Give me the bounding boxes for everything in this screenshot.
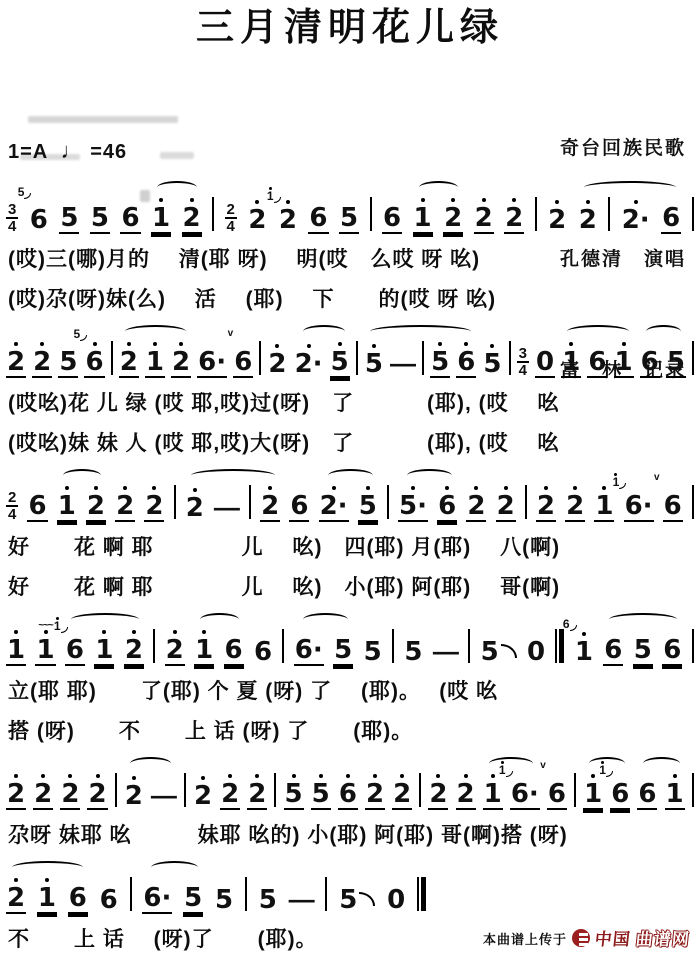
note: 6 [233, 332, 253, 378]
octave-dot [179, 342, 183, 346]
note: 2 [124, 620, 144, 666]
note: 5 [338, 870, 375, 914]
slur-arc [125, 325, 186, 338]
credit-singer: 孔德清 演唱 [560, 241, 686, 278]
slur-arc [157, 181, 197, 194]
octave-dot [132, 776, 136, 780]
octave-dot [634, 200, 638, 204]
key-signature: 1=A [8, 141, 48, 163]
note: 16 [610, 764, 630, 810]
note: 6 [99, 870, 119, 914]
slur-arc [191, 469, 275, 482]
octave-dot [127, 342, 131, 346]
barline [692, 197, 694, 231]
note: 1 [561, 332, 581, 378]
octave-dot [338, 342, 342, 346]
note: 5 [482, 334, 502, 378]
sheet-page: 三月清明花儿绿 奇台回族民歌 孔德清 演唱 富 林 记录 1=A ♩ =46 3… [0, 0, 700, 958]
octave-dot [255, 774, 259, 778]
note: 2 [6, 868, 26, 914]
octave-dot [602, 486, 606, 490]
note: 61 [574, 622, 594, 666]
note: 1v6· [624, 476, 654, 522]
time-signature: 34 [517, 347, 529, 378]
octave-dot [421, 198, 425, 202]
octave-dot [275, 344, 279, 348]
note: 6 [456, 332, 476, 378]
barline [249, 485, 251, 519]
octave-dot [123, 486, 127, 490]
note: 6 [120, 188, 140, 234]
grace-note: 1 [54, 617, 61, 632]
barline [692, 485, 694, 519]
note: 2 [247, 764, 267, 810]
credits-block: 奇台回族民歌 孔德清 演唱 富 林 记录 [560, 56, 686, 463]
octave-dot [153, 342, 157, 346]
lyric-line: 立(耶 耶) 了(耶) 个 夏 (呀) 了 (耶)。 (哎 吆 [0, 670, 700, 710]
note: 6 [603, 620, 623, 666]
barline [692, 341, 694, 375]
lyric-line: 搭 (呀) 不 上 话 (呀) 了 (耶)。 [0, 710, 700, 750]
note: 2 [392, 764, 412, 810]
barline [574, 773, 576, 807]
barline [259, 341, 261, 375]
octave-dot [159, 198, 163, 202]
note: 5 [430, 332, 450, 378]
note: 2 [86, 476, 106, 522]
falloff-mark [359, 892, 375, 906]
slur-arc [12, 861, 83, 874]
octave-dot [96, 774, 100, 778]
grace-note: 5 [18, 187, 25, 198]
note: 5 [480, 622, 517, 666]
note: 2· [621, 190, 651, 234]
slur-arc [646, 325, 681, 338]
octave-dot [40, 342, 44, 346]
barline [422, 341, 424, 375]
note: 5· [398, 476, 428, 522]
time-signature: 24 [225, 203, 237, 234]
duration-dash: — [390, 349, 416, 377]
time-signature: 34 [6, 203, 18, 234]
slur-arc [370, 325, 471, 338]
octave-dot [132, 630, 136, 634]
duration-dash: — [433, 637, 459, 665]
slur-arc [419, 181, 458, 194]
barline [282, 629, 284, 663]
octave-dot [255, 200, 259, 204]
note: 6 [27, 476, 47, 522]
barline [535, 197, 537, 231]
octave-dot [307, 344, 311, 348]
music-line: 345655612242126561222222·6 [0, 174, 700, 238]
note: 2 [32, 332, 52, 378]
octave-dot [268, 486, 272, 490]
note: 6 [437, 476, 457, 522]
octave-dot [228, 774, 232, 778]
barline [212, 197, 214, 231]
song-title: 三月清明花儿绿 [0, 6, 700, 50]
note: 2 [171, 332, 191, 378]
octave-dot [68, 774, 72, 778]
note: 6 [224, 620, 244, 666]
barline [111, 341, 113, 375]
note: 1 [94, 620, 114, 666]
octave-dot [445, 486, 449, 490]
note: 1 [6, 620, 26, 666]
note: 56 [84, 332, 104, 378]
system: 24612222—262·55·6222211v6·6好 花 啊 耶 儿 吆) … [0, 462, 700, 606]
scan-artifact [28, 116, 178, 123]
note: 2 [165, 620, 185, 666]
rest-note: 0 [535, 332, 555, 378]
barline [325, 877, 327, 911]
note: 5 [330, 332, 350, 378]
note: 6 [662, 620, 682, 666]
note: 6 [382, 188, 402, 234]
note: 1v6· [510, 764, 540, 810]
note: 2 [443, 188, 463, 234]
slur-arc [200, 613, 239, 626]
note: 6· [142, 868, 172, 914]
octave-dot [436, 774, 440, 778]
note: 2 [182, 188, 202, 234]
music-line: 24612222—262·55·6222211v6·6 [0, 462, 700, 526]
note: 2· [294, 334, 324, 378]
note: 2 [6, 332, 26, 378]
note: 2 [547, 190, 567, 234]
note: 5 [364, 334, 384, 378]
octave-dot [573, 486, 577, 490]
system: 22222—222556222211v6·611661尕呀 妹耶 吆 妹耶 吆的… [0, 750, 700, 854]
octave-dot [586, 200, 590, 204]
grace-note: 6 [563, 619, 570, 630]
key-and-tempo: 1=A ♩ =46 [8, 138, 127, 164]
barline [115, 773, 117, 807]
octave-dot [14, 878, 18, 882]
grace-note: 1 [613, 473, 620, 488]
octave-dot [504, 486, 508, 490]
octave-dot [411, 486, 415, 490]
note: 1 [194, 620, 214, 666]
note: 12 [278, 190, 298, 234]
octave-dot [201, 776, 205, 780]
note: 1 [57, 476, 77, 522]
octave-dot [102, 630, 106, 634]
octave-dot [464, 342, 468, 346]
slur-arc [567, 325, 629, 338]
header-row: 奇台回族民歌 孔德清 演唱 富 林 记录 1=A ♩ =46 [0, 50, 700, 166]
barline [245, 877, 247, 911]
note: 5 [666, 332, 686, 378]
octave-dot [372, 344, 376, 348]
upload-note: 本曲谱上传于 [483, 927, 567, 948]
credit-origin: 奇台回族民歌 [560, 130, 686, 167]
note: 5 [333, 620, 353, 666]
octave-dot [173, 630, 177, 634]
duration-dash: — [151, 781, 177, 809]
octave-dot [373, 774, 377, 778]
octave-dot [451, 198, 455, 202]
note: 2 [260, 476, 280, 522]
octave-dot [14, 342, 18, 346]
note: 6 [68, 868, 88, 914]
breath-mark: v [654, 472, 660, 483]
final-barline [417, 877, 426, 911]
octave-dot [94, 486, 98, 490]
music-line: 21666·555—50 [0, 854, 432, 918]
octave-dot [555, 200, 559, 204]
barline [392, 629, 394, 663]
quarter-note-icon: ♩ [61, 138, 84, 163]
octave-dot [286, 200, 290, 204]
octave-dot [622, 342, 626, 346]
note: 6 [547, 764, 567, 810]
lyric-line: 好 花 啊 耶 儿 吆) 小(耶) 阿(耶) 哥(啊) [0, 566, 700, 606]
tempo-value: =46 [90, 141, 127, 163]
site-name-bold: 中国 [594, 925, 633, 950]
note: 5 [90, 188, 110, 234]
octave-dot [544, 486, 548, 490]
note: 2 [267, 334, 287, 378]
note: 5 [403, 622, 423, 666]
note: 6 [637, 764, 657, 810]
octave-dot [193, 488, 197, 492]
octave-dot [346, 774, 350, 778]
octave-dot [41, 774, 45, 778]
slur-arc [407, 469, 452, 482]
barline [174, 485, 176, 519]
note: 2 [536, 476, 556, 522]
rest-note: 0 [526, 622, 546, 666]
note: 5 [183, 868, 203, 914]
barline [387, 485, 389, 519]
qupu-site-logo-icon [572, 929, 590, 947]
octave-dot [512, 198, 516, 202]
note: 2 [124, 766, 144, 810]
octave-dot [482, 198, 486, 202]
barline [525, 485, 527, 519]
note: 1 [413, 188, 433, 234]
note: 5 [363, 622, 383, 666]
barline [274, 773, 276, 807]
note: 6 [289, 476, 309, 522]
scan-artifact [160, 152, 194, 159]
barline [184, 773, 186, 807]
barline [468, 629, 470, 663]
slur-arc [303, 325, 345, 338]
slur-arc [71, 613, 139, 626]
note: 5 [214, 870, 234, 914]
slur-arc [130, 757, 171, 770]
barline [153, 629, 155, 663]
note: 2 [247, 190, 267, 234]
note: 1 [151, 188, 171, 234]
note: 2 [193, 766, 213, 810]
duration-dash: — [214, 493, 240, 521]
note: 6 [308, 188, 328, 234]
note: 1 [37, 868, 57, 914]
octave-dot [152, 486, 156, 490]
note: 5 [358, 476, 378, 522]
note: 2 [33, 764, 53, 810]
note: 1 [614, 332, 634, 378]
octave-dot [464, 774, 468, 778]
note: 2 [60, 764, 80, 810]
note: 2 [365, 764, 385, 810]
note: 2 [466, 476, 486, 522]
slur-arc [63, 469, 101, 482]
octave-dot [569, 342, 573, 346]
lyric-line: 好 花 啊 耶 儿 吆) 四(耶) 月(耶) 八(啊) [0, 526, 700, 566]
octave-dot [44, 630, 48, 634]
slur-arc [609, 613, 677, 626]
slur-arc [584, 181, 676, 194]
note: 6· [294, 620, 324, 666]
note: 5 [633, 620, 653, 666]
barline [130, 877, 132, 911]
note: 2 [428, 764, 448, 810]
note: 2 [496, 476, 516, 522]
breath-mark: v [540, 760, 546, 771]
note: 5 [284, 764, 304, 810]
slur-arc [303, 613, 348, 626]
octave-dot [591, 774, 595, 778]
octave-dot [438, 342, 442, 346]
note: 5 [258, 870, 278, 914]
slur-arc [643, 757, 680, 770]
note: 1 [594, 476, 614, 522]
note: 56 [29, 190, 49, 234]
octave-dot [582, 632, 586, 636]
falloff-mark [501, 644, 517, 658]
footer: 本曲谱上传于 中国 曲谱网 [483, 925, 690, 950]
music-line: 1~~~1161221666·555—5061656 [0, 606, 700, 670]
barline [692, 629, 694, 663]
lyric-line: 尕呀 妹耶 吆 妹耶 吆的) 小(耶) 阿(耶) 哥(啊)搭 (呀) [0, 814, 700, 854]
note: 5 [311, 764, 331, 810]
final-barline [555, 629, 564, 663]
octave-dot [490, 344, 494, 348]
grace-note: 1 [267, 187, 274, 202]
octave-dot [202, 630, 206, 634]
note: 2 [119, 332, 139, 378]
octave-dot [673, 774, 677, 778]
slur-arc [328, 469, 373, 482]
note: 2 [474, 188, 494, 234]
octave-dot [65, 486, 69, 490]
barline [509, 341, 511, 375]
music-line: 22222—222556222211v6·611661 [0, 750, 700, 814]
octave-dot [366, 486, 370, 490]
note: 5 [59, 188, 79, 234]
duration-dash: — [289, 885, 315, 913]
octave-dot [332, 486, 336, 490]
barline [419, 773, 421, 807]
note: 2 [144, 476, 164, 522]
octave-dot [474, 486, 478, 490]
barline [608, 197, 610, 231]
note: 2 [578, 190, 598, 234]
barline [356, 341, 358, 375]
slur-arc [151, 861, 198, 874]
tremolo-mark: ~~~ [38, 623, 53, 629]
octave-dot [319, 774, 323, 778]
note: 1 [665, 764, 685, 810]
system: 1~~~1161221666·555—5061656立(耶 耶) 了(耶) 个 … [0, 606, 700, 750]
time-signature: 24 [6, 491, 18, 522]
note: 6 [587, 332, 607, 378]
octave-dot [190, 198, 194, 202]
note: 1 [145, 332, 165, 378]
note: 6 [663, 476, 683, 522]
barline [370, 197, 372, 231]
octave-dot [93, 342, 97, 346]
octave-dot [45, 878, 49, 882]
note: 2 [504, 188, 524, 234]
note: 2 [87, 764, 107, 810]
note: ~~~1 [35, 620, 55, 666]
note: 6 [253, 622, 273, 666]
note: 5 [339, 188, 359, 234]
rest-note: 0 [386, 870, 406, 914]
note: 16 [65, 620, 85, 666]
site-name-outline: 曲谱网 [635, 925, 692, 950]
octave-dot [491, 774, 495, 778]
slur-arc [489, 757, 533, 770]
slur-arc [589, 757, 625, 770]
grace-note: 5 [73, 329, 80, 340]
note: 6 [661, 188, 681, 234]
note: 2 [6, 764, 26, 810]
octave-dot [14, 774, 18, 778]
note: 2 [220, 764, 240, 810]
note: 6 [338, 764, 358, 810]
note: 2 [565, 476, 585, 522]
note: 2 [115, 476, 135, 522]
note: 6 [640, 332, 660, 378]
note: 2 [456, 764, 476, 810]
octave-dot [292, 774, 296, 778]
note: v6· [197, 332, 227, 378]
note: 2 [185, 478, 205, 522]
note: 2· [319, 476, 349, 522]
barline [692, 773, 694, 807]
octave-dot [400, 774, 404, 778]
music-line: 22556212v6·622·55—56534016165 [0, 318, 700, 382]
octave-dot [14, 630, 18, 634]
